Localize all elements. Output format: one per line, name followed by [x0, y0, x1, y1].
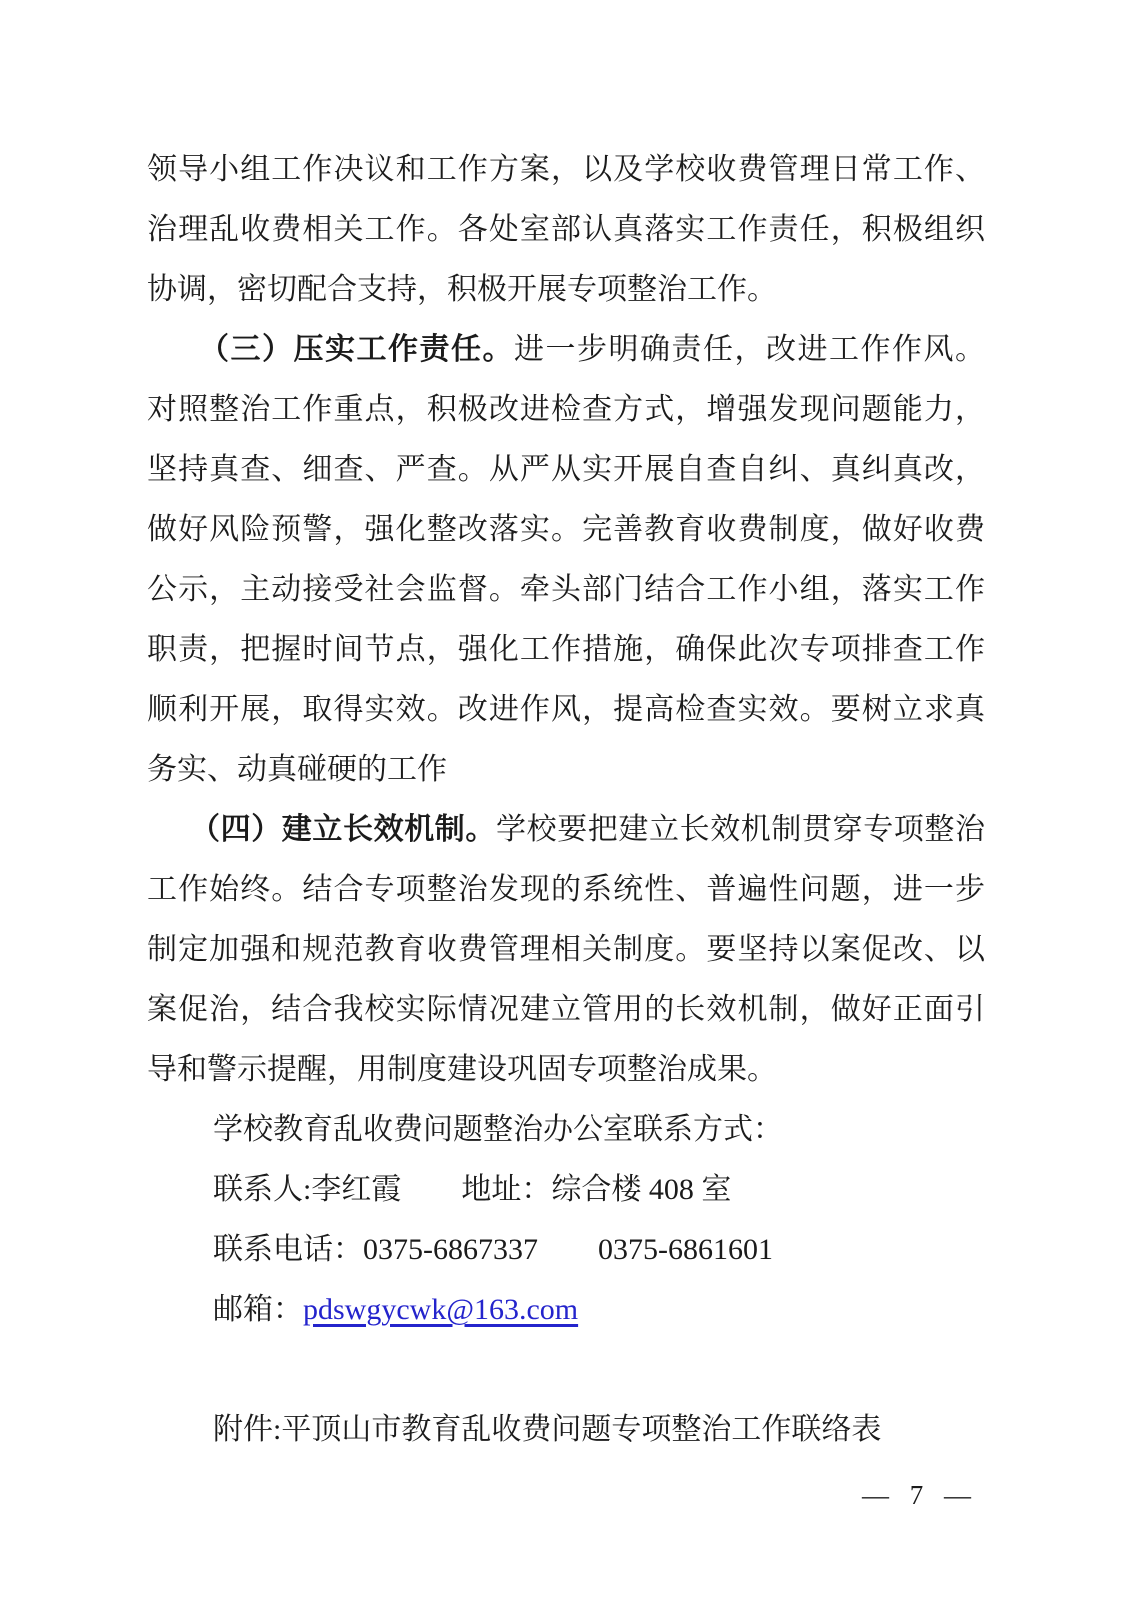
document-body: 领导小组工作决议和工作方案，以及学校收费管理日常工作、治理乱收费相关工作。各处室… [147, 140, 985, 1460]
document-line: 治理乱收费相关工作。各处室部认真落实工作责任，积极组织 [147, 200, 985, 260]
email-link[interactable]: pdswgycwk@163.com [303, 1293, 578, 1326]
document-line: 坚持真查、细查、严查。从严从实开展自查自纠、真纠真改， [147, 440, 985, 500]
text-run: 附件:平顶山市教育乱收费问题专项整治工作联络表 [213, 1413, 881, 1446]
text-run: 务实、动真碰硬的工作 [147, 753, 447, 786]
document-line: 协调，密切配合支持，积极开展专项整治工作。 [147, 260, 985, 320]
document-line: 做好风险预警，强化整改落实。完善教育收费制度，做好收费 [147, 500, 985, 560]
document-line: （三）压实工作责任。进一步明确责任，改进工作作风。 [147, 320, 985, 380]
document-line: 务实、动真碰硬的工作 [147, 740, 985, 800]
text-run: 导和警示提醒，用制度建设巩固专项整治成果。 [147, 1053, 777, 1086]
document-line: 工作始终。结合专项整治发现的系统性、普遍性问题，进一步 [147, 860, 985, 920]
text-run: 案促治，结合我校实际情况建立管用的长效机制，做好正面引 [147, 993, 985, 1026]
text-run: 学校要把建立长效机制贯穿专项整治 [496, 813, 985, 846]
document-line: 联系人:李红霞 地址：综合楼 408 室 [147, 1160, 985, 1220]
text-run: 联系人:李红霞 地址：综合楼 408 室 [213, 1173, 731, 1206]
text-run: 治理乱收费相关工作。各处室部认真落实工作责任，积极组织 [147, 213, 985, 246]
document-page: 领导小组工作决议和工作方案，以及学校收费管理日常工作、治理乱收费相关工作。各处室… [0, 0, 1131, 1600]
text-run: 协调，密切配合支持，积极开展专项整治工作。 [147, 273, 777, 306]
text-run: 工作始终。结合专项整治发现的系统性、普遍性问题，进一步 [147, 873, 985, 906]
text-run: 对照整治工作重点，积极改进检查方式，增强发现问题能力， [147, 393, 985, 426]
page-number: — 7 — [862, 1480, 973, 1511]
document-line: 职责，把握时间节点，强化工作措施，确保此次专项排查工作 [147, 620, 985, 680]
document-line: 联系电话：0375-6867337 0375-6861601 [147, 1220, 985, 1280]
document-line: 邮箱：pdswgycwk@163.com [147, 1280, 985, 1340]
document-line: 公示，主动接受社会监督。牵头部门结合工作小组，落实工作 [147, 560, 985, 620]
text-run: 联系电话：0375-6867337 0375-6861601 [213, 1233, 773, 1266]
text-run: 邮箱： [213, 1293, 303, 1326]
document-line: 制定加强和规范教育收费管理相关制度。要坚持以案促改、以 [147, 920, 985, 980]
document-line: 案促治，结合我校实际情况建立管用的长效机制，做好正面引 [147, 980, 985, 1040]
document-line: 导和警示提醒，用制度建设巩固专项整治成果。 [147, 1040, 985, 1100]
document-line: 顺利开展，取得实效。改进作风，提高检查实效。要树立求真 [147, 680, 985, 740]
text-run: 职责，把握时间节点，强化工作措施，确保此次专项排查工作 [147, 633, 985, 666]
blank-line [147, 1340, 985, 1400]
text-run: 领导小组工作决议和工作方案，以及学校收费管理日常工作、 [147, 153, 985, 186]
heading-run: （三）压实工作责任。 [199, 333, 514, 366]
text-run: 坚持真查、细查、严查。从严从实开展自查自纠、真纠真改， [147, 453, 985, 486]
text-run: 顺利开展，取得实效。改进作风，提高检查实效。要树立求真 [147, 693, 985, 726]
document-line: （四）建立长效机制。学校要把建立长效机制贯穿专项整治 [147, 800, 985, 860]
text-run: 制定加强和规范教育收费管理相关制度。要坚持以案促改、以 [147, 933, 985, 966]
text-run: 学校教育乱收费问题整治办公室联系方式： [213, 1113, 783, 1146]
text-run: 公示，主动接受社会监督。牵头部门结合工作小组，落实工作 [147, 573, 985, 606]
text-run: 进一步明确责任，改进工作作风。 [514, 333, 985, 366]
heading-run: （四）建立长效机制。 [190, 813, 496, 846]
document-line: 学校教育乱收费问题整治办公室联系方式： [147, 1100, 985, 1160]
document-line: 对照整治工作重点，积极改进检查方式，增强发现问题能力， [147, 380, 985, 440]
document-line: 附件:平顶山市教育乱收费问题专项整治工作联络表 [147, 1400, 985, 1460]
text-run: 做好风险预警，强化整改落实。完善教育收费制度，做好收费 [147, 513, 985, 546]
document-line: 领导小组工作决议和工作方案，以及学校收费管理日常工作、 [147, 140, 985, 200]
